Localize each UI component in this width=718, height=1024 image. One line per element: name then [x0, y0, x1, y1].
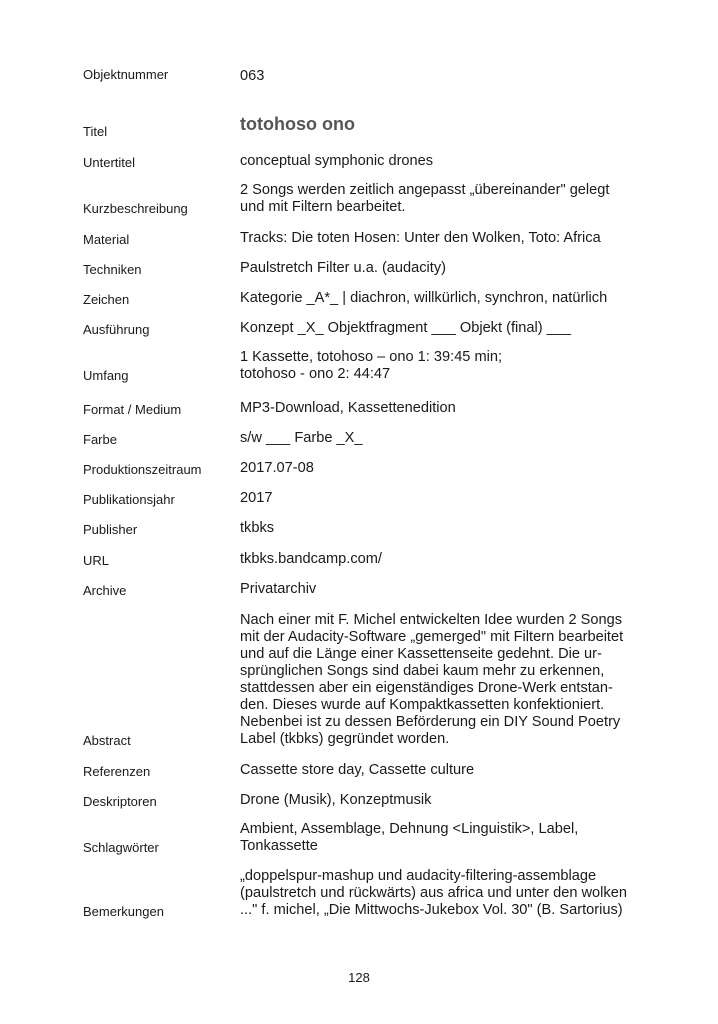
value-line: „doppelspur-mashup und audacity-filterin… [240, 868, 640, 885]
field-label: Material [83, 232, 129, 247]
value-line: ..." f. michel, „Die Mittwochs-Jukebox V… [240, 902, 640, 919]
field-value: 2017 [240, 490, 640, 507]
value-line: MP3-Download, Kassettenedition [240, 400, 640, 417]
value-line: und auf die Länge einer Kassettenseite g… [240, 646, 640, 663]
field-value: Paulstretch Filter u.a. (audacity) [240, 260, 640, 277]
field-value: MP3-Download, Kassettenedition [240, 400, 640, 417]
field-label: Archive [83, 583, 126, 598]
field-value: s/w ___ Farbe _X_ [240, 430, 640, 447]
field-label: URL [83, 553, 109, 568]
field-value: 063 [240, 68, 640, 85]
value-line: Cassette store day, Cassette culture [240, 762, 640, 779]
value-line: tkbks [240, 520, 640, 537]
field-label: Kurzbeschreibung [83, 201, 188, 216]
field-value: 2 Songs werden zeitlich angepasst „übere… [240, 182, 640, 216]
field-label: Referenzen [83, 764, 150, 779]
field-value: 2017.07-08 [240, 460, 640, 477]
field-label: Ausführung [83, 322, 150, 337]
value-line: Nebenbei ist zu dessen Beförderung ein D… [240, 714, 640, 731]
value-line: Privatarchiv [240, 581, 640, 598]
field-label: Titel [83, 124, 107, 139]
field-label: Untertitel [83, 155, 135, 170]
field-value: totohoso ono [240, 116, 640, 133]
field-label: Format / Medium [83, 402, 181, 417]
field-label: Bemerkungen [83, 904, 164, 919]
value-line: sprünglichen Songs sind dabei kaum mehr … [240, 663, 640, 680]
field-value: „doppelspur-mashup und audacity-filterin… [240, 868, 640, 919]
value-line: Nach einer mit F. Michel entwickelten Id… [240, 612, 640, 629]
value-line: (paulstretch und rückwärts) aus africa u… [240, 885, 640, 902]
field-value: Cassette store day, Cassette culture [240, 762, 640, 779]
value-line: totohoso - ono 2: 44:47 [240, 366, 640, 383]
value-line: 2017 [240, 490, 640, 507]
value-line: Tracks: Die toten Hosen: Unter den Wolke… [240, 230, 640, 247]
value-line: 2017.07-08 [240, 460, 640, 477]
value-line: 063 [240, 68, 640, 85]
field-label: Techniken [83, 262, 142, 277]
value-line: mit der Audacity-Software „gemerged" mit… [240, 629, 640, 646]
value-line: und mit Filtern bearbeitet. [240, 199, 640, 216]
value-line: 1 Kassette, totohoso – ono 1: 39:45 min; [240, 349, 640, 366]
field-value: Ambient, Assemblage, Dehnung <Linguistik… [240, 821, 640, 855]
field-label: Schlagwörter [83, 840, 159, 855]
field-value: Nach einer mit F. Michel entwickelten Id… [240, 612, 640, 748]
field-value: Privatarchiv [240, 581, 640, 598]
value-line: s/w ___ Farbe _X_ [240, 430, 640, 447]
value-line: stattdessen aber ein eigenständiges Dron… [240, 680, 640, 697]
field-value: 1 Kassette, totohoso – ono 1: 39:45 min;… [240, 349, 640, 383]
value-line: Konzept _X_ Objektfragment ___ Objekt (f… [240, 320, 640, 337]
field-value: Drone (Musik), Konzeptmusik [240, 792, 640, 809]
field-label: Deskriptoren [83, 794, 157, 809]
field-value: tkbks [240, 520, 640, 537]
field-label: Produktionszeitraum [83, 462, 202, 477]
value-line: Label (tkbks) gegründet worden. [240, 731, 640, 748]
field-label: Zeichen [83, 292, 129, 307]
value-line: Paulstretch Filter u.a. (audacity) [240, 260, 640, 277]
field-value: Konzept _X_ Objektfragment ___ Objekt (f… [240, 320, 640, 337]
field-label: Abstract [83, 733, 131, 748]
value-line: conceptual symphonic drones [240, 153, 640, 170]
field-value: Kategorie _A*_ | diachron, willkürlich, … [240, 290, 640, 307]
value-line: Drone (Musik), Konzeptmusik [240, 792, 640, 809]
page-number: 128 [0, 970, 718, 985]
field-label: Umfang [83, 368, 129, 383]
value-line: totohoso ono [240, 116, 640, 133]
field-value: conceptual symphonic drones [240, 153, 640, 170]
value-line: tkbks.bandcamp.com/ [240, 551, 640, 568]
field-label: Publisher [83, 522, 137, 537]
field-label: Objektnummer [83, 67, 168, 82]
value-line: den. Dieses wurde auf Kompaktkassetten k… [240, 697, 640, 714]
value-line: Tonkassette [240, 838, 640, 855]
field-value: Tracks: Die toten Hosen: Unter den Wolke… [240, 230, 640, 247]
field-value[interactable]: tkbks.bandcamp.com/ [240, 551, 640, 568]
value-line: Kategorie _A*_ | diachron, willkürlich, … [240, 290, 640, 307]
field-label: Publikationsjahr [83, 492, 175, 507]
value-line: 2 Songs werden zeitlich angepasst „übere… [240, 182, 640, 199]
field-label: Farbe [83, 432, 117, 447]
value-line: Ambient, Assemblage, Dehnung <Linguistik… [240, 821, 640, 838]
